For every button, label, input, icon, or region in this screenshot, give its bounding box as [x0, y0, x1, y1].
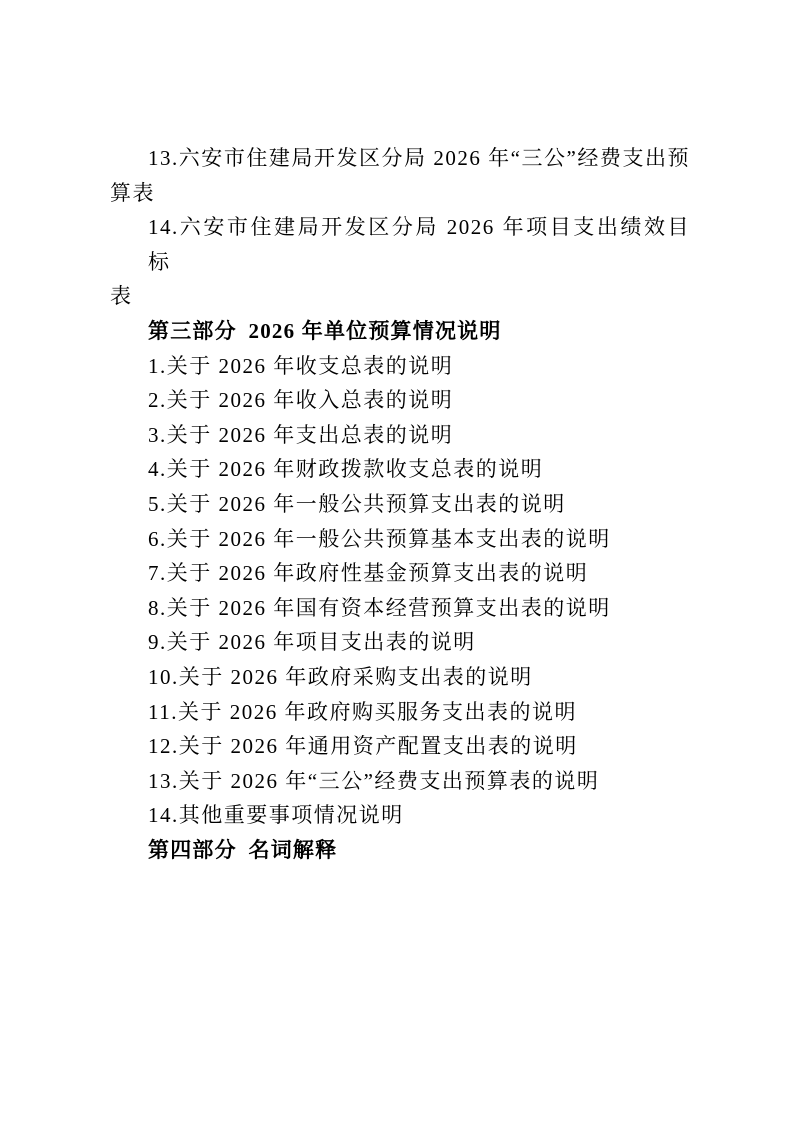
toc-note-item-11: 11.关于 2026 年政府购买服务支出表的说明	[110, 695, 690, 730]
toc-note-item-12: 12.关于 2026 年通用资产配置支出表的说明	[110, 729, 690, 764]
toc-note-item-1: 1.关于 2026 年收支总表的说明	[110, 349, 690, 384]
toc-note-item-9: 9.关于 2026 年项目支出表的说明	[110, 625, 690, 660]
toc-note-item-5: 5.关于 2026 年一般公共预算支出表的说明	[110, 487, 690, 522]
section-heading-part3: 第三部分 2026 年单位预算情况说明	[110, 314, 690, 349]
section-heading-part4: 第四部分 名词解释	[110, 833, 690, 868]
table-of-contents: 13.六安市住建局开发区分局 2026 年“三公”经费支出预 算表 14.六安市…	[110, 141, 690, 867]
toc-item-sangong-budget-table-line2: 算表	[110, 176, 690, 211]
toc-item-project-performance-table-line2: 表	[110, 279, 690, 314]
toc-note-item-2: 2.关于 2026 年收入总表的说明	[110, 383, 690, 418]
document-page: 13.六安市住建局开发区分局 2026 年“三公”经费支出预 算表 14.六安市…	[0, 0, 793, 1122]
toc-item-project-performance-table-line1: 14.六安市住建局开发区分局 2026 年项目支出绩效目标	[110, 210, 690, 279]
toc-note-item-10: 10.关于 2026 年政府采购支出表的说明	[110, 660, 690, 695]
toc-note-item-3: 3.关于 2026 年支出总表的说明	[110, 418, 690, 453]
toc-note-item-8: 8.关于 2026 年国有资本经营预算支出表的说明	[110, 591, 690, 626]
toc-note-item-4: 4.关于 2026 年财政拨款收支总表的说明	[110, 452, 690, 487]
toc-note-item-6: 6.关于 2026 年一般公共预算基本支出表的说明	[110, 522, 690, 557]
toc-item-sangong-budget-table-line1: 13.六安市住建局开发区分局 2026 年“三公”经费支出预	[110, 141, 690, 176]
toc-note-item-13: 13.关于 2026 年“三公”经费支出预算表的说明	[110, 764, 690, 799]
toc-note-item-14: 14.其他重要事项情况说明	[110, 798, 690, 833]
toc-note-item-7: 7.关于 2026 年政府性基金预算支出表的说明	[110, 556, 690, 591]
